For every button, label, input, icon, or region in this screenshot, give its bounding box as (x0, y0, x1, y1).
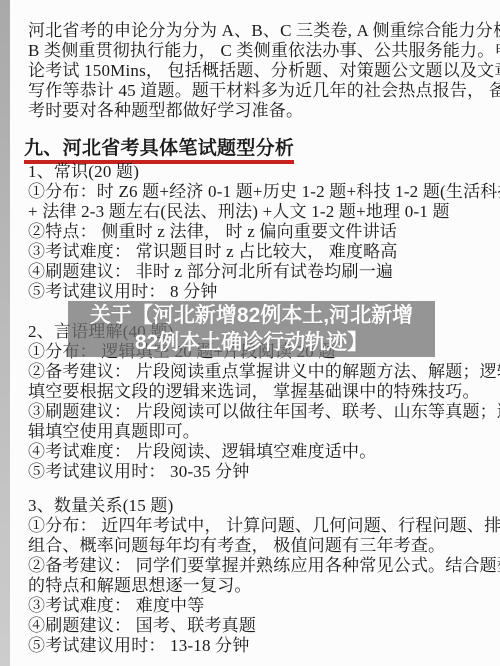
section-line: ②备考建议： 同学们要掌握并熟练应用各种常见公式。结合题型 (28, 556, 500, 576)
section-line: ④刷题建议： 国考、联考真题 (28, 616, 500, 636)
section-line: ④刷题建议： 非时 z 部分河北所有试卷均刷一遍 (28, 262, 500, 282)
intro-paragraph: 河北省考的申论分为分为 A、B、C 三类卷, A 侧重综合能力分析， B 类侧重… (28, 21, 500, 121)
section-changshi: 1、常识(20 题) ①分布：时 Z6 题+经济 0-1 题+历史 1-2 题+… (28, 162, 500, 302)
section-line: ①分布：时 Z6 题+经济 0-1 题+历史 1-2 题+科技 1-2 题(生活… (28, 182, 500, 202)
intro-line: B 类侧重贯彻执行能力， C 类侧重依法办事、公共服务能力。申 (28, 41, 500, 61)
section-line: ①分布： 近四年考试中， 计算问题、几何问题、行程问题、排列 (28, 516, 500, 536)
section-line: 辑填空使用真题即可。 (28, 422, 500, 442)
section-shuliang: 3、数量关系(15 题) ①分布： 近四年考试中， 计算问题、几何问题、行程问题… (28, 496, 500, 656)
news-caption-line: 关于【河北新增82例本土,河北新增 (90, 302, 413, 329)
intro-line: 论考试 150Mins， 包括概括题、分析题、对策题公文题以及文章 (28, 61, 500, 81)
section-line: ③刷题建议： 片段阅读可以做往年国考、联考、山东等真题；逻 (28, 402, 500, 422)
section-line: ⑤考试建议用时： 13-18 分钟 (28, 636, 500, 656)
section-line: ④考试难度： 片段阅读、逻辑填空难度适中。 (28, 442, 500, 462)
section-line: ⑤考试建议用时： 8 分钟 (28, 282, 500, 302)
section-line: ②特点： 侧重时 z 法律， 时 z 偏向重要文件讲话 (28, 222, 500, 242)
section-heading: 九、河北省考具体笔试题型分析 (24, 138, 294, 164)
section-line: + 法律 2-3 题左右(民法、刑法) +人文 1-2 题+地理 0-1 题 (28, 202, 500, 222)
section-line: ②备考建议： 片段阅读重点掌握讲义中的解题方法、解题；逻辑 (28, 362, 500, 382)
news-caption-overlay: 关于【河北新增82例本土,河北新增 82例本土确诊行动轨迹】 (68, 301, 435, 357)
section-line: 1、常识(20 题) (28, 162, 500, 182)
section-line: ③考试难度： 常识题目时 z 占比较大， 难度略高 (28, 242, 500, 262)
section-line: ⑤考试建议用时： 30-35 分钟 (28, 462, 500, 482)
page-edge-strip (0, 0, 10, 666)
intro-line: 河北省考的申论分为分为 A、B、C 三类卷, A 侧重综合能力分析， (28, 21, 500, 41)
section-line: 填空要根据文段的逻辑来选词， 掌握基础课中的特殊技巧。 (28, 382, 500, 402)
intro-line: 写作等恭计 45 道题。题干材料多为近几年的社会热点报告， 备 (28, 81, 500, 101)
news-caption-line: 82例本土确诊行动轨迹】 (135, 329, 368, 356)
section-line: ③考试难度： 难度中等 (28, 596, 500, 616)
intro-line: 考时要对各种题型都做好学习准备。 (28, 101, 500, 121)
section-line: 的特点和解题思想逐一复习。 (28, 576, 500, 596)
section-line: 组合、概率问题每年均有考查， 极值问题有三年考查。 (28, 536, 500, 556)
section-line: 3、数量关系(15 题) (28, 496, 500, 516)
